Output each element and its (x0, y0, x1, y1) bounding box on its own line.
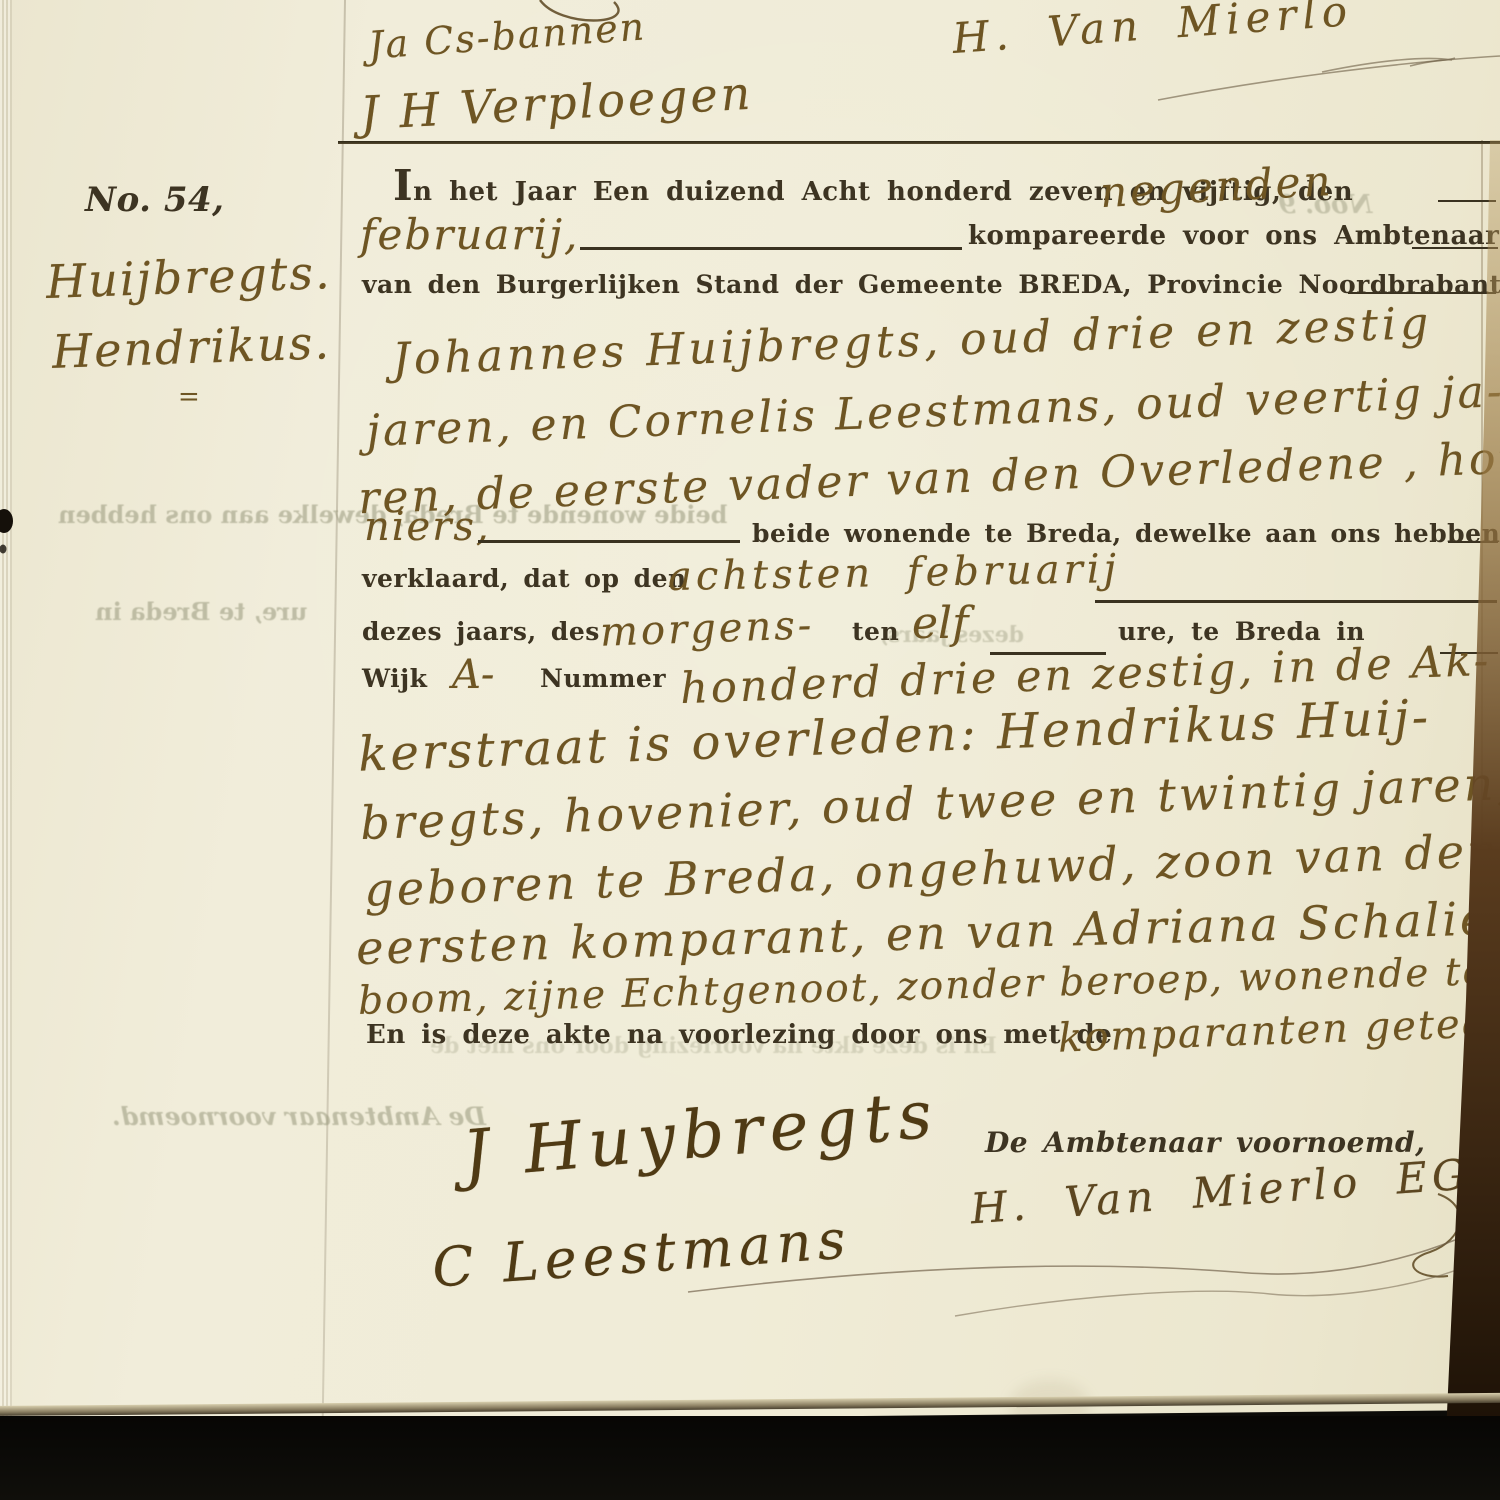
margin-deceased-surname: Huijbregts. (45, 245, 332, 309)
act-line10-printed-2: Nummer (540, 664, 666, 693)
margin-mark: = (178, 382, 200, 412)
filler-dash (1448, 541, 1498, 543)
act-line9-time-of-day: morgens- (599, 602, 815, 655)
act-line9-hour: elf (912, 598, 968, 649)
act-line4-declarants: Johannes Huijbregts, oud drie en zestig (391, 298, 1433, 385)
fold-crease (322, 0, 346, 1424)
act-closing-printed: En is deze akte na voorlezing door ons m… (366, 1020, 1112, 1050)
act-line3-printed: van den Burgerlijken Stand der Gemeente … (362, 270, 1500, 299)
filler-dash (1348, 292, 1496, 294)
previous-act-signature-1: Ja Cs-bannen (367, 4, 648, 67)
filler-rule (580, 247, 962, 250)
register-page: beide wonende te Breda, dewelke aan ons … (0, 0, 1500, 1424)
official-label: De Ambtenaar voornoemd, (985, 1126, 1425, 1159)
comparant-signature-2: C Leestmans (430, 1207, 853, 1299)
act-line7-occupation: niers, (364, 504, 491, 550)
margin-act-number: No. 54, (85, 180, 224, 220)
table-background (0, 1416, 1500, 1500)
filler-rule (1095, 600, 1497, 603)
header-divider-line (338, 141, 1500, 144)
scanned-register-photo: beide wonende te Breda, dewelke aan ons … (0, 0, 1500, 1500)
bleedthrough-text: De Ambtenaar voornoemd. (112, 1102, 486, 1131)
official-signature-top: H. Van Mierlo (951, 0, 1355, 63)
comparant-signature-1: J Huybregts (460, 1075, 942, 1193)
act-line2-entry-month: februarij, (360, 210, 579, 259)
act-line9-printed-1: dezes jaars, des (362, 617, 600, 646)
act-line10-printed-1: Wijk (362, 664, 428, 693)
official-signature-bottom: H. Van Mierlo EGz (969, 1148, 1499, 1234)
filler-rule (478, 540, 740, 543)
page-stack-edge (0, 0, 12, 1424)
margin-deceased-given-name: Hendrikus. (51, 315, 332, 379)
act-line7-printed: beide wonende te Breda, dewelke aan ons … (752, 519, 1500, 548)
filler-dash (1438, 200, 1496, 202)
act-line8-printed: verklaard, dat op den (362, 564, 687, 593)
bleedthrough-text: ure, te Breda in (95, 597, 307, 626)
act-line9-printed-2: ten (852, 617, 899, 646)
previous-act-signature-2: J H Verploegen (359, 66, 755, 141)
act-line10-district: A- (452, 652, 494, 698)
filler-dash (1412, 247, 1498, 249)
act-line8-death-date: achtsten februarij (668, 546, 1121, 600)
act-closing-script: komparanten geteekend; (1057, 996, 1500, 1061)
